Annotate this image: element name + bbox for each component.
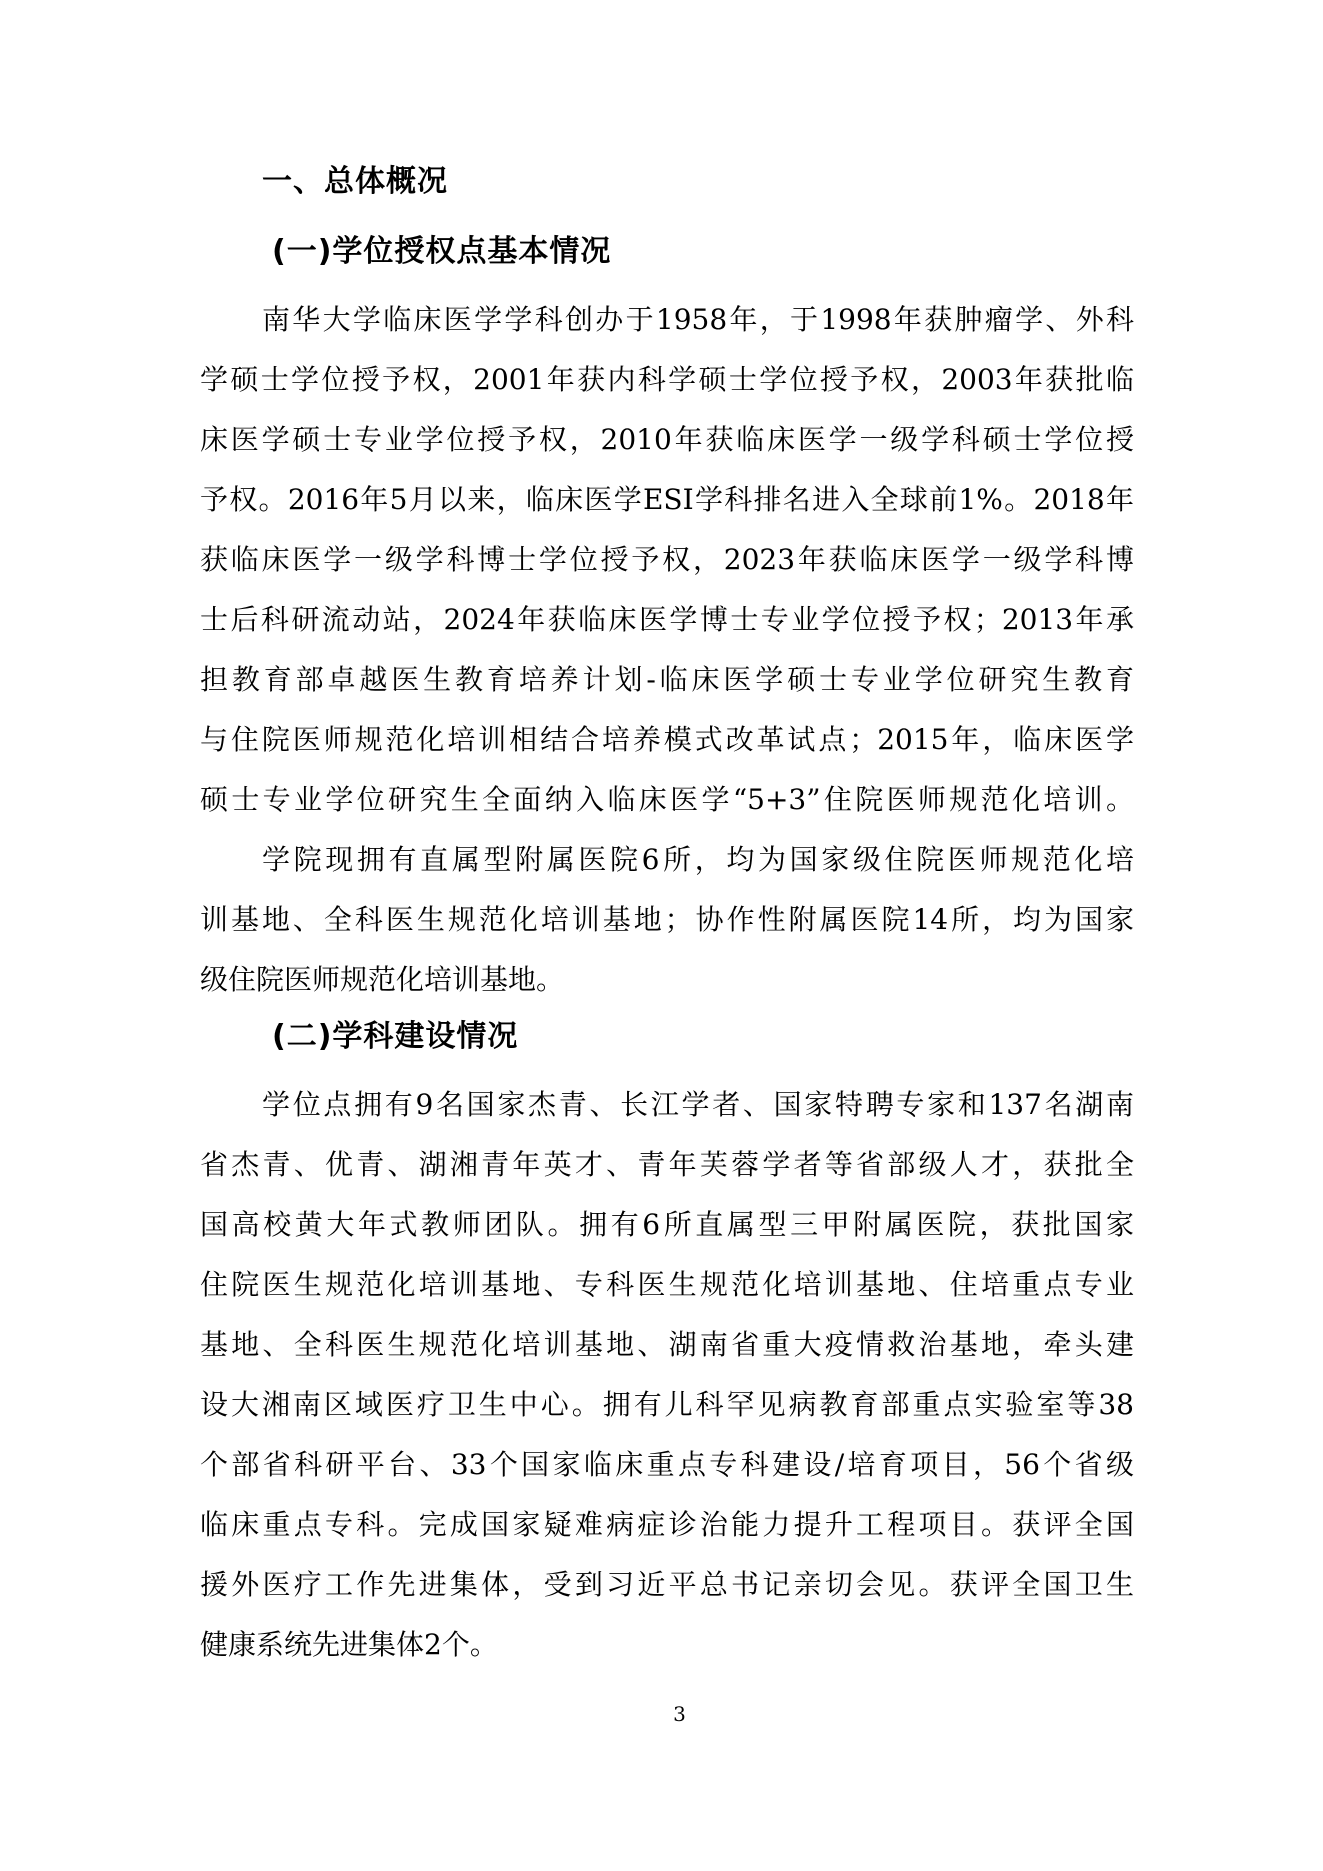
subsection-heading-discipline-construction: (二)学科建设情况 <box>272 1017 518 1057</box>
text-line: 获临床医学一级学科博士学位授予权，2023年获临床医学一级学科博 <box>200 530 1134 590</box>
text-line: 国高校黄大年式教师团队。拥有6所直属型三甲附属医院，获批国家 <box>200 1195 1134 1255</box>
text-line: 基地、全科医生规范化培训基地、湖南省重大疫情救治基地，牵头建 <box>200 1315 1134 1375</box>
page-number: 3 <box>0 1700 1323 1728</box>
text-line: 训基地、全科医生规范化培训基地；协作性附属医院14所，均为国家 <box>200 890 1134 950</box>
text-line: 援外医疗工作先进集体，受到习近平总书记亲切会见。获评全国卫生 <box>200 1555 1134 1615</box>
text-line: 省杰青、优青、湖湘青年英才、青年芙蓉学者等省部级人才，获批全 <box>200 1135 1134 1195</box>
text-line: 个部省科研平台、33个国家临床重点专科建设/培育项目，56个省级 <box>200 1435 1134 1495</box>
text-line: 健康系统先进集体2个。 <box>200 1615 1134 1675</box>
text-line: 学硕士学位授予权，2001年获内科学硕士学位授予权，2003年获批临 <box>200 350 1134 410</box>
text-line: 担教育部卓越医生教育培养计划-临床医学硕士专业学位研究生教育 <box>200 650 1134 710</box>
text-line: 学院现拥有直属型附属医院6所，均为国家级住院医师规范化培 <box>200 830 1134 890</box>
text-line: 与住院医师规范化培训相结合培养模式改革试点；2015年，临床医学 <box>200 710 1134 770</box>
text-line: 级住院医师规范化培训基地。 <box>200 950 1134 1010</box>
section-heading: 一、总体概况 <box>262 162 448 202</box>
text-line: 士后科研流动站，2024年获临床医学博士专业学位授予权；2013年承 <box>200 590 1134 650</box>
paragraph-affiliated-hospitals: 学院现拥有直属型附属医院6所，均为国家级住院医师规范化培 训基地、全科医生规范化… <box>200 830 1134 1010</box>
text-line: 住院医生规范化培训基地、专科医生规范化培训基地、住培重点专业 <box>200 1255 1134 1315</box>
text-line: 予权。2016年5月以来，临床医学ESI学科排名进入全球前1%。2018年 <box>200 470 1134 530</box>
paragraph-degree-history: 南华大学临床医学学科创办于1958年，于1998年获肿瘤学、外科 学硕士学位授予… <box>200 290 1134 830</box>
text-line: 床医学硕士专业学位授予权，2010年获临床医学一级学科硕士学位授 <box>200 410 1134 470</box>
text-line: 学位点拥有9名国家杰青、长江学者、国家特聘专家和137名湖南 <box>200 1075 1134 1135</box>
text-line: 南华大学临床医学学科创办于1958年，于1998年获肿瘤学、外科 <box>200 290 1134 350</box>
text-line: 临床重点专科。完成国家疑难病症诊治能力提升工程项目。获评全国 <box>200 1495 1134 1555</box>
text-line: 硕士专业学位研究生全面纳入临床医学“5+3”住院医师规范化培训。 <box>200 770 1134 830</box>
subsection-heading-degree-authorization: (一)学位授权点基本情况 <box>272 232 611 272</box>
paragraph-discipline-construction: 学位点拥有9名国家杰青、长江学者、国家特聘专家和137名湖南 省杰青、优青、湖湘… <box>200 1075 1134 1675</box>
text-line: 设大湘南区域医疗卫生中心。拥有儿科罕见病教育部重点实验室等38 <box>200 1375 1134 1435</box>
page-number-text: 3 <box>673 1702 686 1726</box>
